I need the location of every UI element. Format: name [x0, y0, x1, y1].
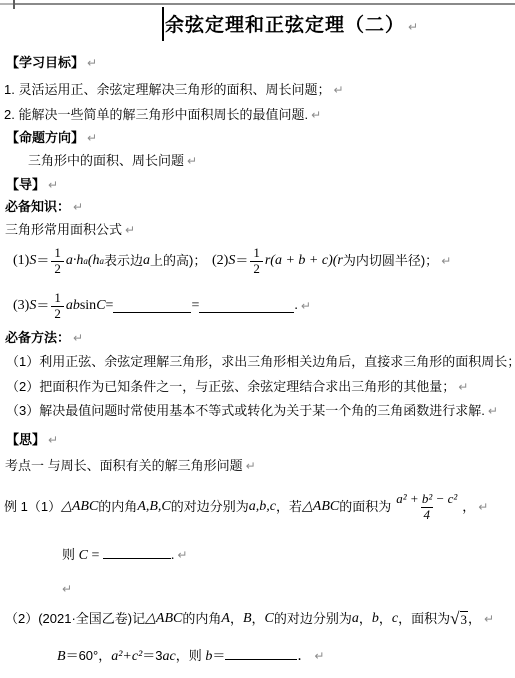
pilcrow-mark: ↵: [177, 548, 187, 562]
pilcrow-mark: ↵: [125, 223, 135, 237]
goal-item-1: 1. 灵活运用正、余弦定理解决三角形的面积、周长问题；↵: [4, 82, 344, 98]
sqrt-3: √3: [450, 611, 468, 627]
pilcrow-mark: ↵: [484, 611, 494, 627]
example-2-line: （2）(2021·全国乙卷)记 △ABC 的内角 A，B，C 的对边分别为 a，…: [5, 606, 494, 632]
section-header-si: 【思】↵: [6, 432, 58, 448]
pilcrow-mark: ↵: [73, 200, 83, 214]
pilcrow-mark: ↵: [246, 459, 256, 473]
method-item-3: （3）解决最值问题时常使用基本不等式或转化为关于某一个角的三角函数进行求解.↵: [6, 403, 498, 419]
fraction-one-half: 12: [51, 291, 64, 322]
document-title: 余弦定理和正弦定理（二）↵: [165, 10, 419, 37]
example-1-line: 例 1（1） △ABC 的内角 A,B,C 的对边分别为 a,b,c，若 △AB…: [4, 486, 488, 528]
goal-item-2: 2. 能解决一些简单的解三角形中面积周长的最值问题.↵: [4, 107, 321, 123]
text-cursor: [162, 7, 164, 41]
pilcrow-mark: ↵: [458, 380, 468, 394]
answer-blank: [103, 545, 171, 559]
pilcrow-mark: ↵: [73, 331, 83, 345]
pilcrow-mark: ↵: [333, 83, 343, 97]
area-formula-1: (1)S＝12a·ha(ha 表示边 a 上的高)；: [13, 242, 206, 280]
method-item-2: （2）把面积作为已知条件之一，与正弦、余弦定理结合求出三角形的其他量；↵: [6, 379, 468, 395]
pilcrow-mark: ↵: [48, 433, 58, 447]
direction-text: 三角形中的面积、周长问题↵: [28, 153, 197, 169]
section-header-knowledge: 必备知识：↵: [5, 199, 83, 215]
example-1-answer-line: 则 C = .↵: [62, 545, 187, 564]
radical-sign: √: [450, 611, 459, 626]
pilcrow-mark: ↵: [488, 404, 498, 418]
formula-1-label: (1): [13, 253, 29, 269]
pilcrow-mark: ↵: [441, 253, 451, 269]
method-item-1: （1）利用正弦、余弦定理解三角形，求出三角形相关边角后，直接求三角形的面积周长；…: [6, 354, 515, 370]
formula-3-label: (3): [13, 298, 29, 314]
answer-blank: [113, 299, 191, 313]
pilcrow-mark: ↵: [87, 131, 97, 145]
pilcrow-mark: ↵: [408, 20, 419, 34]
empty-paragraph: ↵: [62, 581, 72, 597]
section-header-dao: 【导】↵: [6, 177, 58, 193]
pilcrow-mark: ↵: [87, 56, 97, 70]
section-header-learning-goals: 【学习目标】↵: [6, 55, 97, 71]
title-text: 余弦定理和正弦定理（二）: [165, 15, 405, 36]
topic-1-heading: 考点一 与周长、面积有关的解三角形问题↵: [5, 458, 256, 474]
word-document-page[interactable]: 余弦定理和正弦定理（二）↵ 【学习目标】↵ 1. 灵活运用正、余弦定理解决三角形…: [0, 0, 515, 678]
page-top-margin-line: [0, 3, 13, 5]
section-header-direction: 【命题方向】↵: [6, 130, 97, 146]
fraction-one-half: 12: [51, 246, 64, 277]
page-top-border: [15, 3, 515, 5]
pilcrow-mark: ↵: [311, 108, 321, 122]
knowledge-intro: 三角形常用面积公式↵: [5, 222, 135, 238]
fraction-one-half: 12: [250, 246, 263, 277]
pilcrow-mark: ↵: [301, 298, 311, 314]
answer-blank: [225, 646, 297, 660]
pilcrow-mark: ↵: [314, 649, 324, 663]
section-header-methods: 必备方法：↵: [5, 330, 83, 346]
pilcrow-mark: ↵: [478, 499, 488, 515]
pilcrow-mark: ↵: [62, 582, 72, 596]
formula-2-label: (2): [212, 253, 228, 269]
area-fraction: a² + b² − c²4: [393, 492, 460, 523]
example-2-answer-line: B＝60°，a²+c²＝3ac，则 b＝．↵: [57, 646, 324, 665]
area-formula-3: (3)S＝12absin C==.↵: [13, 287, 311, 325]
area-formula-2: (2)S＝12r(a + b + c)(r 为内切圆半径)；↵: [212, 242, 451, 280]
answer-blank: [199, 299, 294, 313]
pilcrow-mark: ↵: [48, 178, 58, 192]
pilcrow-mark: ↵: [187, 154, 197, 168]
